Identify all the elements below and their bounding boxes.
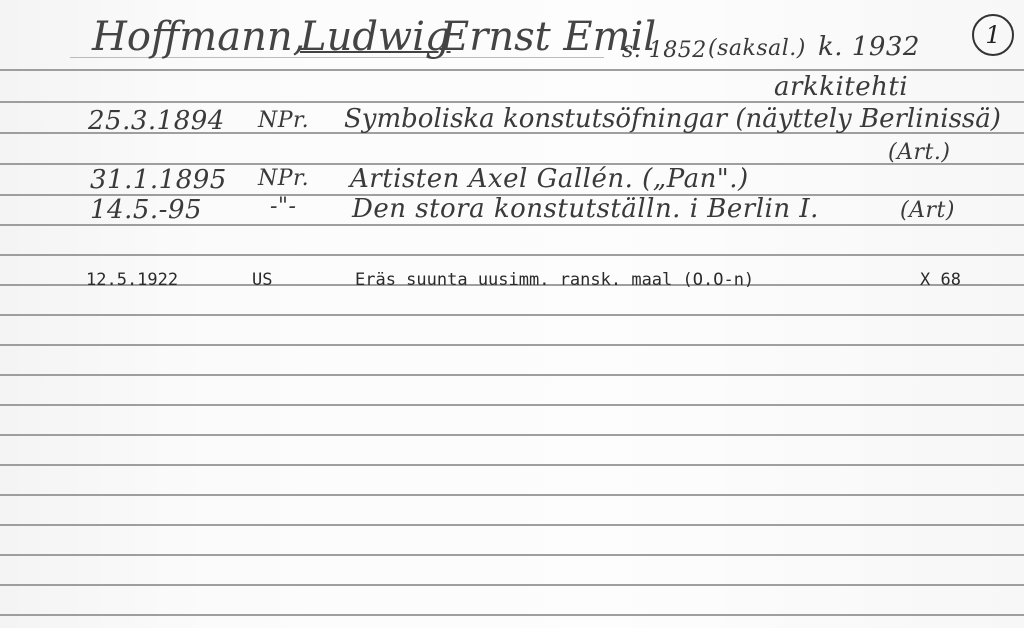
ruled-line bbox=[0, 374, 1024, 376]
ruled-line bbox=[0, 494, 1024, 496]
entry-title: Den stora konstutställn. i Berlin I. bbox=[352, 194, 819, 224]
entry-date: 25.3.1894 bbox=[88, 106, 225, 136]
given-name-underlined: Ludwig bbox=[300, 14, 451, 60]
nationality: (saksal.) bbox=[708, 36, 806, 61]
entry-title: Eräs suunta uusimm. ransk. maal (O.O-n) bbox=[355, 270, 754, 290]
ruled-line bbox=[0, 434, 1024, 436]
card-number-circle: 1 bbox=[972, 14, 1014, 56]
entry-date: 31.1.1895 bbox=[90, 165, 227, 195]
entry-source: -"- bbox=[270, 194, 297, 219]
entry-title: Artisten Axel Gallén. („Pan".) bbox=[350, 164, 749, 194]
death-year: k. 1932 bbox=[818, 32, 920, 62]
ruled-line bbox=[0, 254, 1024, 256]
entry-source: US bbox=[252, 270, 272, 290]
surname: Hoffmann, bbox=[92, 14, 305, 60]
birth-year: s. 1852 bbox=[622, 38, 707, 63]
ruled-line bbox=[0, 554, 1024, 556]
ruled-line bbox=[0, 614, 1024, 616]
entry-category: (Art) bbox=[900, 198, 955, 223]
entry-category: (Art.) bbox=[888, 140, 950, 165]
entry-date: 14.5.-95 bbox=[90, 195, 202, 225]
ruled-line bbox=[0, 69, 1024, 71]
entry-category: X 68 bbox=[920, 270, 961, 290]
entry-source: NPr. bbox=[258, 166, 309, 191]
occupation: arkkitehti bbox=[774, 72, 908, 102]
ruled-line bbox=[0, 524, 1024, 526]
ruled-line bbox=[0, 584, 1024, 586]
ruled-line bbox=[0, 464, 1024, 466]
entry-date: 12.5.1922 bbox=[86, 270, 178, 290]
entry-source: NPr. bbox=[258, 108, 309, 133]
entry-title: Symboliska konstutsöfningar (näyttely Be… bbox=[344, 104, 1001, 134]
ruled-line bbox=[0, 344, 1024, 346]
ruled-line bbox=[0, 404, 1024, 406]
ruled-line bbox=[0, 314, 1024, 316]
index-card: Hoffmann, Ludwig Ernst Emil s. 1852 (sak… bbox=[0, 0, 1024, 628]
